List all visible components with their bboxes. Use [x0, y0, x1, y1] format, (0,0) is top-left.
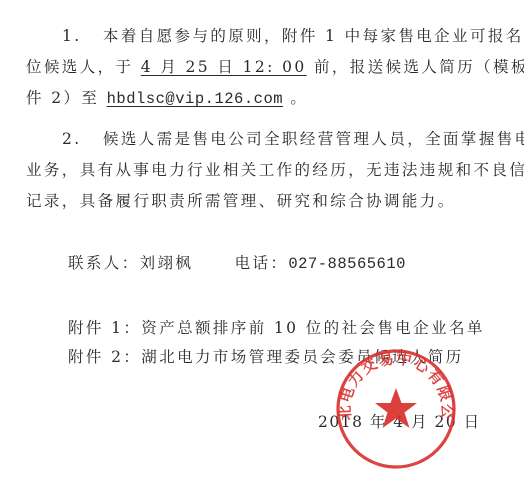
contact-person: 刘翊枫: [140, 254, 194, 272]
item2-line2: 业务，具有从事电力行业相关工作的经历，无违法违规和不良信用: [26, 158, 524, 180]
item1-line3: 件 2）至 hbdlsc@vip.126.com 。: [26, 86, 308, 108]
official-seal-icon: 湖北电力交易中心有限公司: [335, 348, 457, 470]
item1-line2: 位候选人，于 4 月 25 日 12: 00 前，报送候选人简历（模板参见附: [26, 55, 524, 77]
contact-phone: 027-88565610: [288, 255, 406, 273]
email-link[interactable]: hbdlsc@vip.126.com: [107, 90, 283, 108]
item1-line1: 1. 本着自愿参与的原则，附件 1 中每家售电企业可报名一: [62, 24, 524, 46]
item2-line1: 2. 候选人需是售电公司全职经营管理人员，全面掌握售电: [62, 127, 524, 149]
deadline: 4 月 25 日 12: 00: [141, 58, 307, 76]
item2-number: 2.: [62, 130, 82, 148]
item1-number: 1.: [62, 27, 82, 45]
item2-line3: 记录，具备履行职责所需管理、研究和综合协调能力。: [26, 189, 456, 211]
attachment-1: 附件 1：资产总额排序前 10 位的社会售电企业名单: [68, 316, 485, 338]
contact-person-label: 联系人：: [68, 254, 140, 272]
contact-line: 联系人：刘翊枫 电话：027-88565610: [68, 251, 406, 273]
contact-phone-label: 电话：: [235, 254, 289, 272]
